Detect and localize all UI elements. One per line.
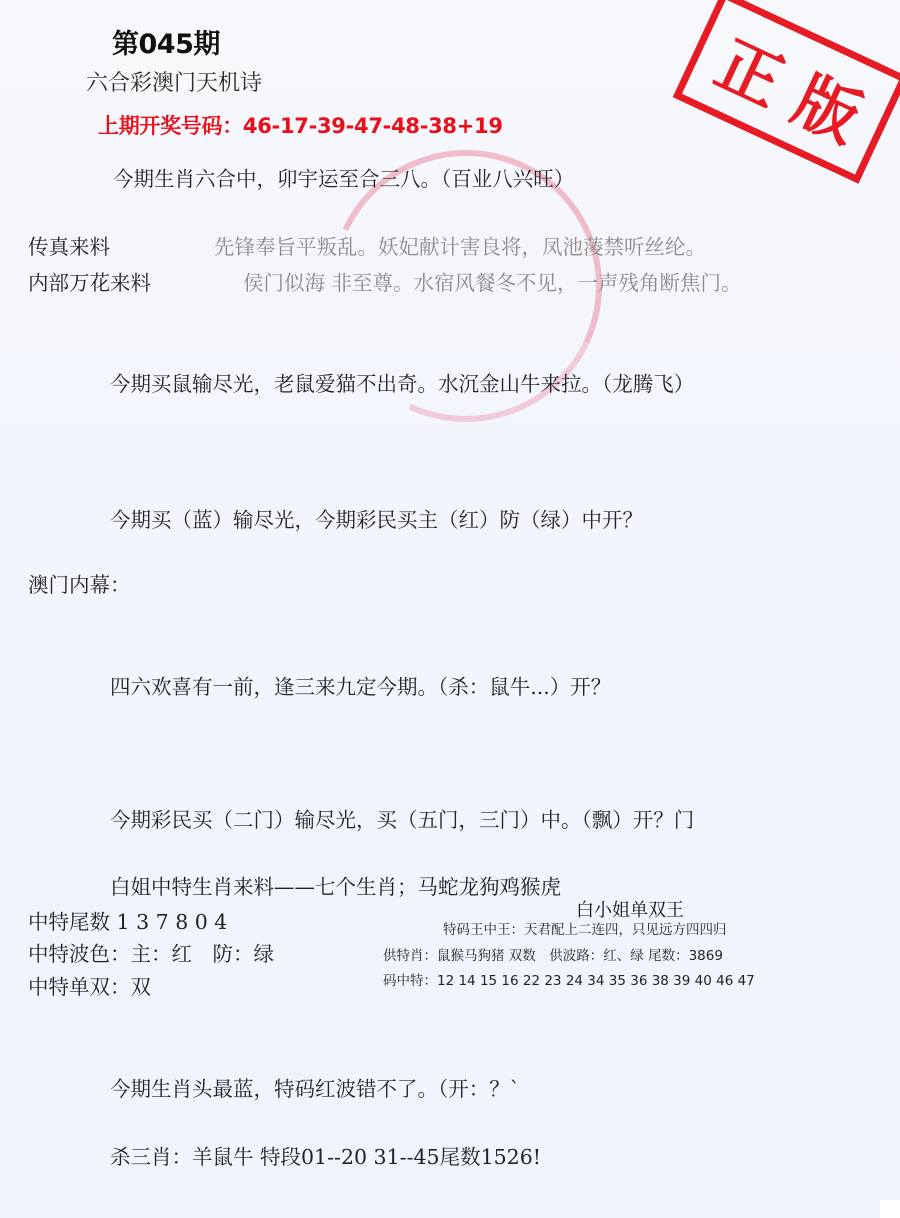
poem-line-10: 杀三肖：羊鼠牛 特段01--20 31--45尾数1526! <box>110 1140 598 1170</box>
poem-line-3: 今期买鼠输尽光，老鼠爱猫不出奇。水沉金山牛来拉。（龙腾飞） <box>110 367 694 397</box>
page-corner <box>880 1200 900 1218</box>
internal-source-label: 内部万花来料 <box>28 266 151 296</box>
poem-line-6: 四六欢喜有一前，逢三来九定今期。（杀：鼠牛...）开？ <box>110 670 611 700</box>
document-subtitle: 六合彩澳门天机诗 <box>86 66 262 97</box>
box-line-2: 供特肖：鼠猴马狗猪 双数 供波路：红、绿 尾数：3869 <box>383 944 723 964</box>
poem-line-9: 今期生肖头最蓝，特码红波错不了。（开：？` <box>110 1072 604 1102</box>
fax-source-text: 先锋奉旨平叛乱。妖妃献计害良将，凤池蓤禁听丝纶。 <box>214 230 706 260</box>
box-line-1: 特码王中王：天君配上二连四，只见远方四四归 <box>443 918 727 938</box>
previous-draw-label: 上期开奖号码： <box>98 114 243 138</box>
previous-draw-result: 上期开奖号码：46-17-39-47-48-38+19 <box>98 110 503 140</box>
poem-line-7: 今期彩民买（二门）输尽光，买（五门，三门）中。（飘）开？门 <box>110 803 694 833</box>
fax-source-label: 传真来料 <box>28 230 110 260</box>
poem-line-8: 白姐中特生肖来料——七个生肖；马蛇龙狗鸡猴虎 <box>110 870 561 900</box>
previous-draw-numbers: 46-17-39-47-48-38+19 <box>243 114 503 138</box>
odd-even: 中特单双：双 <box>28 970 151 1000</box>
stamp-char-2: 版 <box>781 50 878 160</box>
authentic-stamp: 正 版 <box>673 0 900 184</box>
wave-color: 中特波色：主：红 防：绿 <box>28 937 274 967</box>
inside-info-label: 澳门内幕： <box>28 568 131 598</box>
stamp-char-1: 正 <box>703 14 800 124</box>
box-line-3: 码中特：12 14 15 16 22 23 24 34 35 36 38 39 … <box>383 969 755 989</box>
internal-source-text: 侯门似海 非至尊。水宿风餐冬不见，一声残角断焦门。 <box>243 266 742 296</box>
poem-line-1: 今期生肖六合中，卯宇运至合三八。（百业八兴旺） <box>113 162 574 192</box>
poem-line-4: 今期买（蓝）输尽光，今期彩民买主（红）防（绿）中开？ <box>110 503 643 533</box>
issue-number: 第045期 <box>112 22 220 61</box>
tail-numbers: 中特尾数 1 3 7 8 0 4 <box>28 905 227 935</box>
